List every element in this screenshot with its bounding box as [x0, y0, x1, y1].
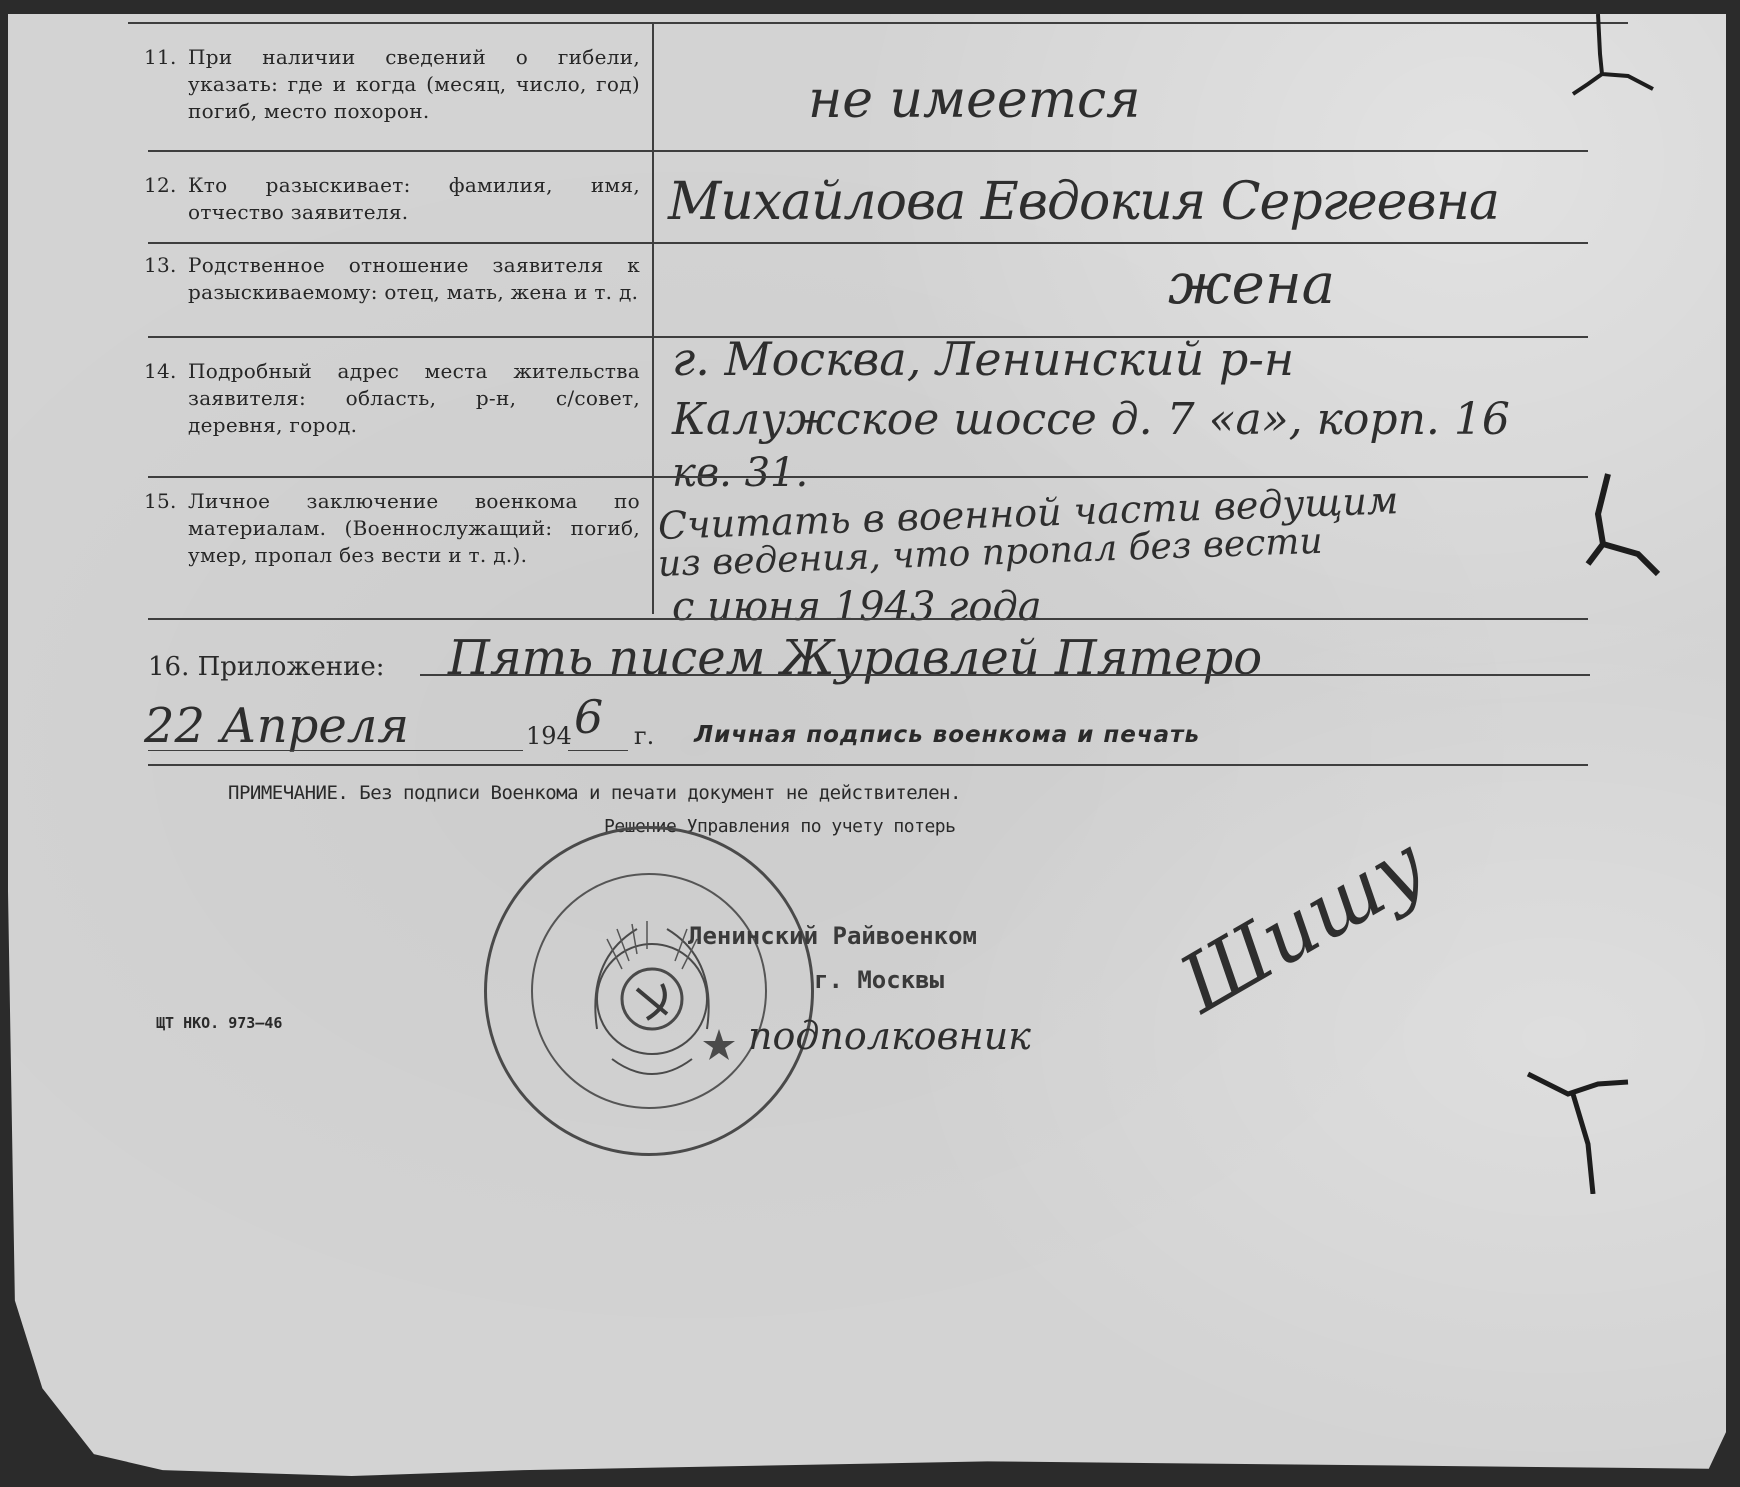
official-seal — [484, 826, 814, 1156]
coat-of-arms-icon — [487, 829, 817, 1159]
date-day-month: 22 Апреля — [144, 698, 409, 754]
date-underline — [148, 750, 523, 751]
print-code: ЩТ НКО. 973—46 — [156, 1014, 282, 1032]
row-11-label: 11. При наличии сведений о гибели, указа… — [188, 44, 640, 125]
row-14-answer-line-2: Калужское шоссе д. 7 «а», корп. 16 — [672, 394, 1510, 445]
note-text: ПРИМЕЧАНИЕ. Без подписи Военкома и печат… — [228, 782, 961, 804]
form-top-rule — [128, 22, 1628, 24]
date-row-rule — [148, 764, 1588, 766]
row-11-answer: не имеется — [808, 70, 1141, 130]
commissar-signature: Шишу — [1165, 818, 1441, 1031]
tear-right-lower-icon — [1498, 1034, 1658, 1194]
attachment-rule — [420, 674, 1590, 676]
row-14-label: 14. Подробный адрес места жительства зая… — [188, 358, 640, 439]
row-13-label: 13. Родственное отношение заявителя к ра… — [188, 252, 640, 306]
row-14-answer-line-3: кв. 31. — [672, 450, 808, 496]
tear-right-middle-icon — [1548, 454, 1708, 594]
row-12-answer: Михайлова Евдокия Сергеевна — [668, 172, 1499, 232]
document-sheet: 11. При наличии сведений о гибели, указа… — [8, 14, 1726, 1476]
row-12-label: 12. Кто разыскивает: фамилия, имя, отчес… — [188, 172, 640, 226]
row-15-answer-line-3: с июня 1943 года — [672, 584, 1042, 630]
tear-top-right-icon — [1558, 14, 1698, 114]
date-year-suffix: 6 — [574, 690, 603, 744]
rank-handwritten: подполковник — [748, 1014, 1031, 1058]
row-13-answer: жена — [1168, 252, 1335, 317]
row-11-number: 11. — [144, 44, 177, 71]
attachment-value: Пять писем Журавлей Пятеро — [448, 630, 1262, 686]
row-15-number: 15. — [144, 488, 177, 515]
row-14-number: 14. — [144, 358, 177, 385]
row-13-number: 13. — [144, 252, 177, 279]
attachment-label: 16. Приложение: — [148, 652, 385, 682]
row-15-label: 15. Личное заключение военкома по матери… — [188, 488, 640, 569]
stamp-line-1: Ленинский Райвоенком — [688, 922, 977, 950]
row-12-number: 12. — [144, 172, 177, 199]
row-12-rule — [148, 242, 1588, 244]
row-14-answer-line-1: г. Москва, Ленинский р-н — [672, 332, 1294, 386]
column-divider — [652, 22, 654, 614]
row-15-rule — [148, 618, 1588, 620]
date-year-prefix: 194 — [526, 722, 572, 750]
year-underline — [568, 750, 628, 751]
signature-caption: Личная подпись военкома и печать — [694, 722, 1200, 748]
row-11-rule — [148, 150, 1588, 152]
row-14-rule — [148, 476, 1588, 478]
date-year-unit: г. — [634, 722, 654, 750]
stamp-line-2: г. Москвы — [814, 966, 944, 994]
